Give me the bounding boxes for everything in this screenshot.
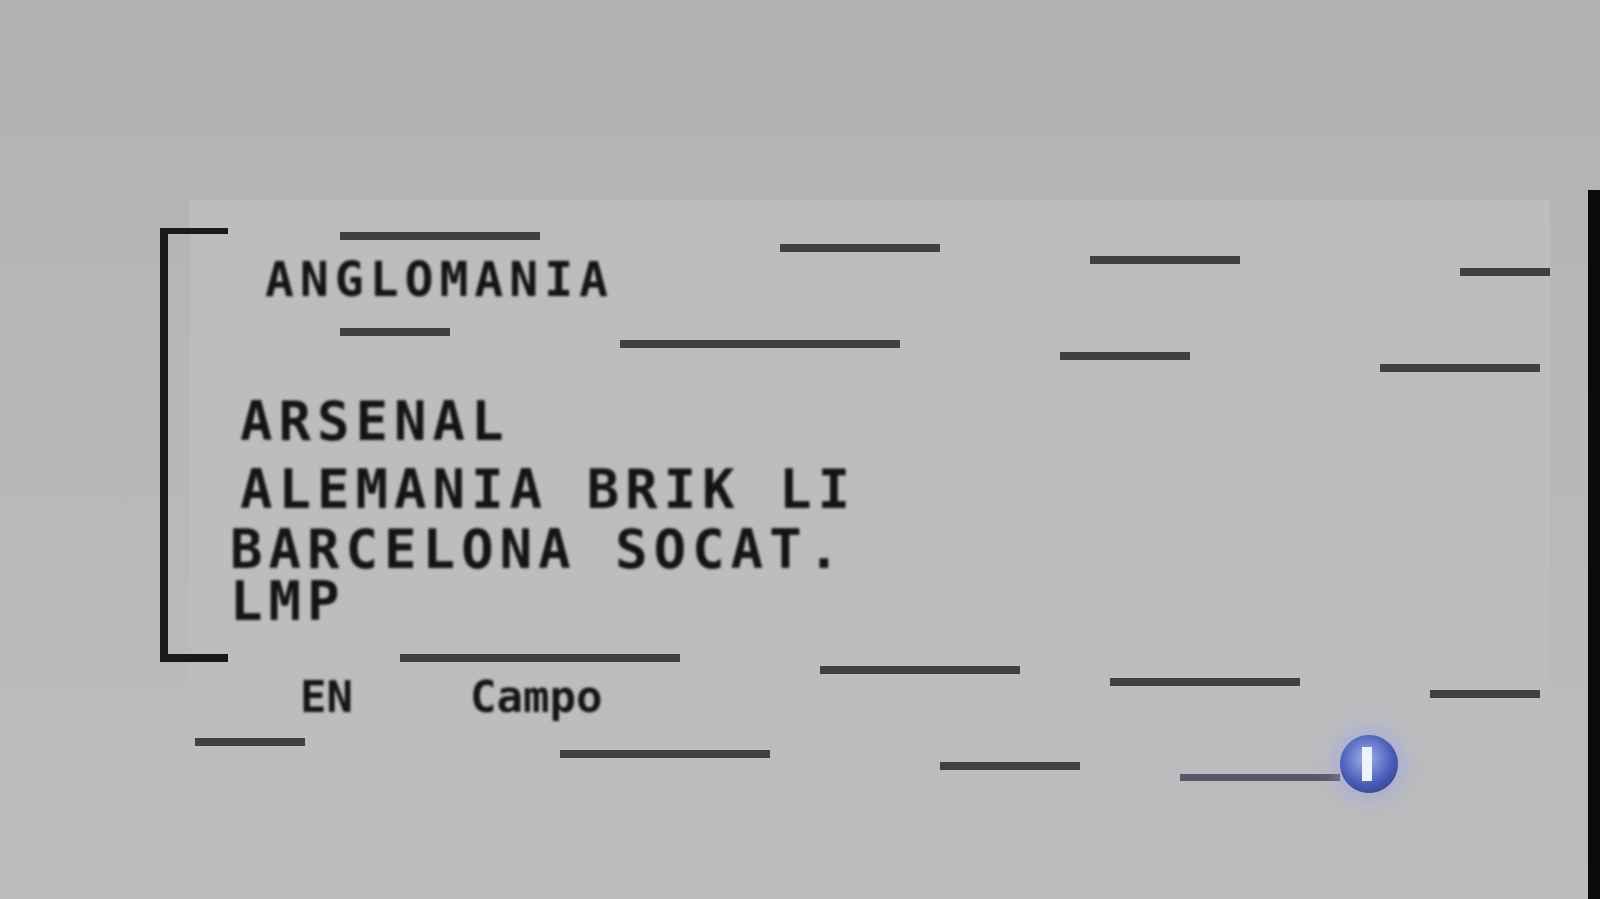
rule-line (820, 666, 1020, 674)
frame-edge (1588, 190, 1600, 899)
footer-prefix: EN (300, 672, 353, 723)
rule-line (780, 244, 940, 252)
rule-line (620, 340, 900, 348)
rule-line (1430, 690, 1540, 698)
logo-underline (1180, 774, 1340, 781)
document-body-line: LMP (230, 572, 346, 632)
footer-label: Campo (470, 672, 602, 723)
rule-line (1090, 256, 1240, 264)
rule-line (940, 762, 1080, 770)
rule-line (1380, 364, 1540, 372)
rule-line (400, 654, 680, 662)
rule-line (1110, 678, 1300, 686)
rule-line (560, 750, 770, 758)
rule-line (1060, 352, 1190, 360)
rule-line (1460, 268, 1550, 276)
rule-line (340, 328, 450, 336)
document-header-line: ANGLOMANIA (265, 250, 614, 310)
rule-line (340, 232, 540, 240)
document-body-line: ALEMANIA BRIK LI (240, 460, 856, 520)
margin-bracket (160, 228, 228, 662)
broadcast-logo-icon (1340, 735, 1398, 793)
document-body-line: ARSENAL (240, 392, 510, 452)
rule-line (195, 738, 305, 746)
